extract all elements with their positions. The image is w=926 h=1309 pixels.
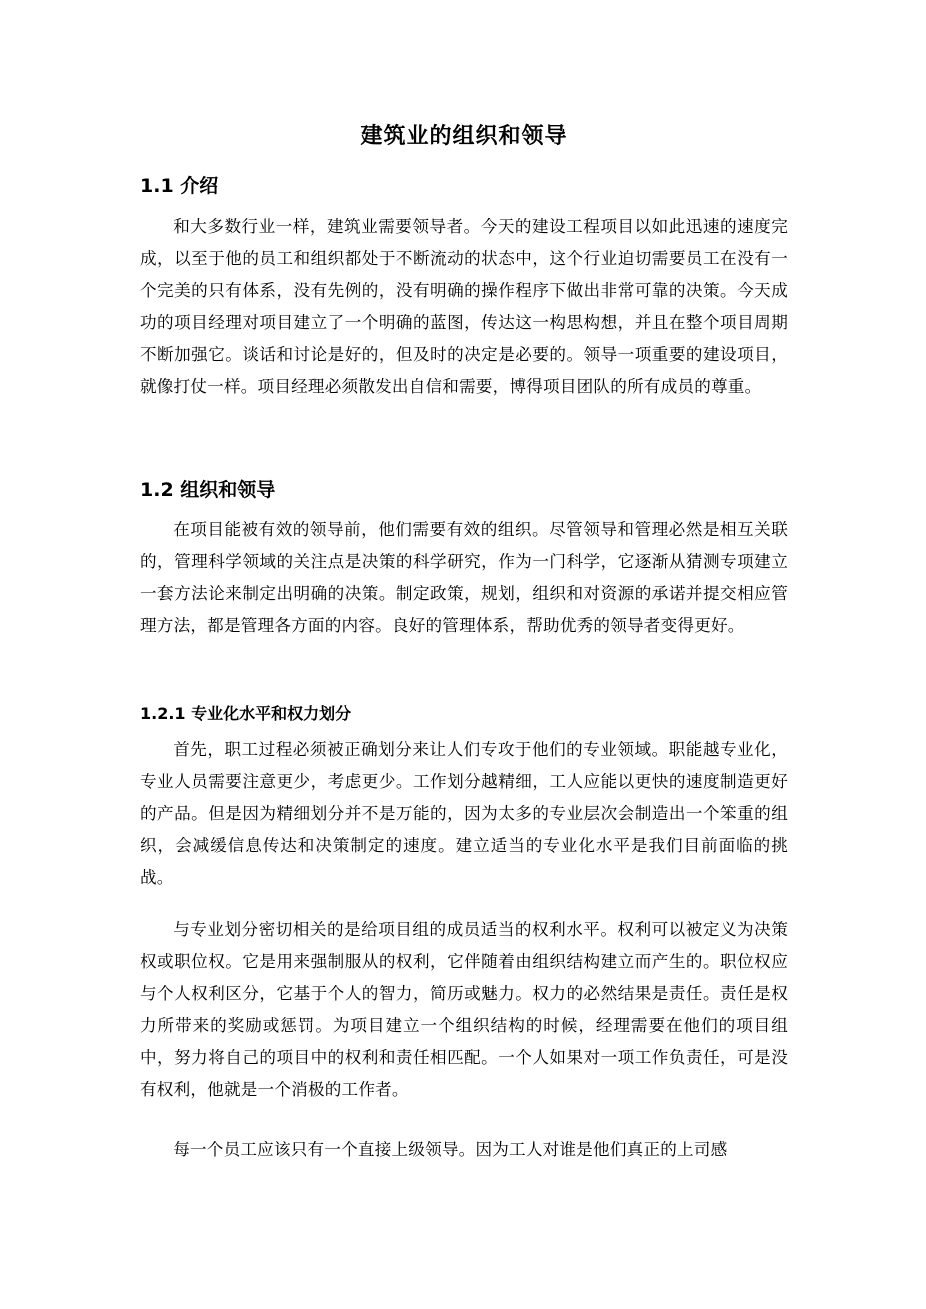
paragraph-introduction: 和大多数行业一样，建筑业需要领导者。今天的建设工程项目以如此迅速的速度完成，以至… — [140, 211, 788, 403]
paragraph-authority-responsibility: 与专业划分密切相关的是给项目组的成员适当的权利水平。权利可以被定义为决策权或职位… — [140, 914, 788, 1106]
document-title: 建筑业的组织和领导 — [140, 120, 788, 154]
subsection-heading-specialization-authority: 1.2.1 专业化水平和权力划分 — [140, 702, 351, 726]
section-heading-introduction: 1.1 介绍 — [140, 172, 218, 200]
section-heading-organization-leadership: 1.2 组织和领导 — [140, 476, 275, 504]
paragraph-unity-of-command: 每一个员工应该只有一个直接上级领导。因为工人对谁是他们真正的上司感 — [140, 1134, 788, 1166]
paragraph-specialization: 首先，职工过程必须被正确划分来让人们专攻于他们的专业领域。职能越专业化，专业人员… — [140, 734, 788, 894]
paragraph-organization-leadership: 在项目能被有效的领导前，他们需要有效的组织。尽管领导和管理必然是相互关联的，管理… — [140, 514, 788, 642]
